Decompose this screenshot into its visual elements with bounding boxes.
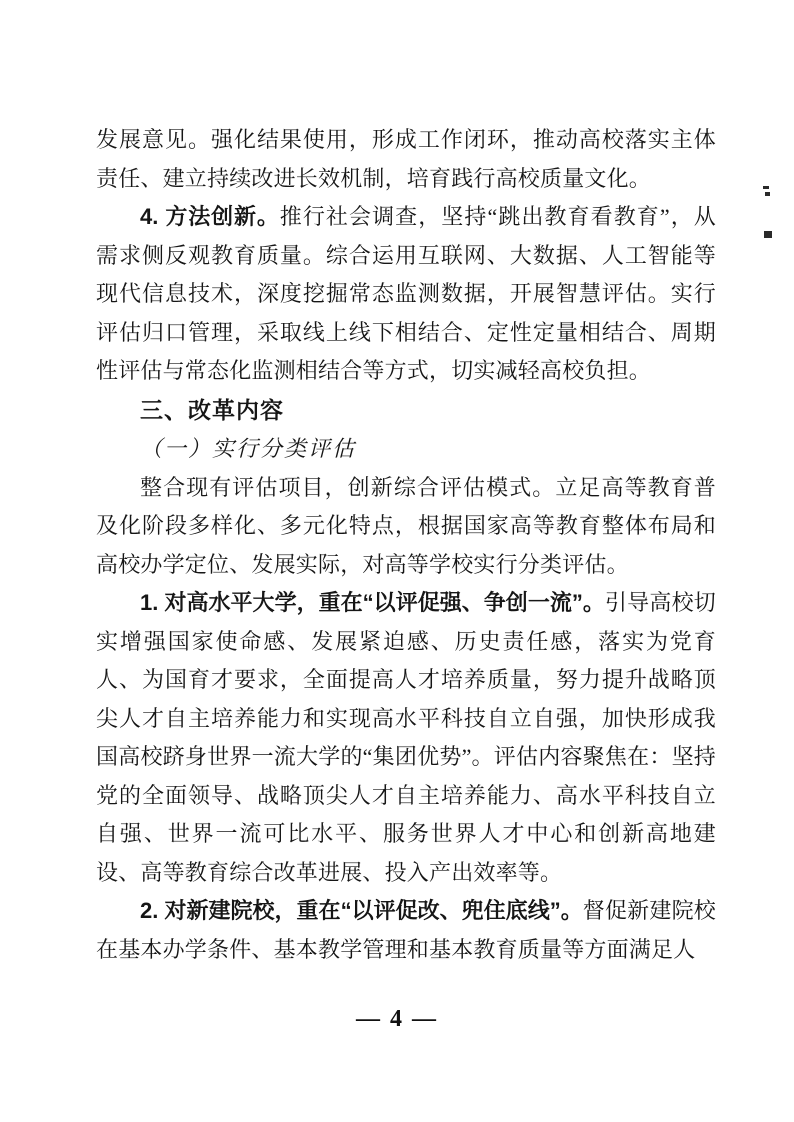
document-page: 发展意见。强化结果使用，形成工作闭环，推动高校落实主体责任、建立持续改进长效机制… bbox=[0, 0, 794, 1122]
text-segment-bold: 2. 对新建院校，重在“以评促改、兜住底线”。 bbox=[140, 898, 583, 923]
text-segment-normal: 整合现有评估项目，创新综合评估模式。立足高等教育普及化阶段多样化、多元化特点，根… bbox=[96, 475, 716, 577]
scan-artifact bbox=[763, 186, 769, 189]
paragraph: 发展意见。强化结果使用，形成工作闭环，推动高校落实主体责任、建立持续改进长效机制… bbox=[96, 121, 716, 198]
text-segment-normal: 推行社会调查，坚持“跳出教育看教育”，从需求侧反观教育质量。综合运用互联网、大数… bbox=[96, 204, 716, 383]
text-segment-bold: 4. 方法创新。 bbox=[140, 204, 280, 229]
paragraph: 4. 方法创新。推行社会调查，坚持“跳出教育看教育”，从需求侧反观教育质量。综合… bbox=[96, 198, 716, 391]
scan-artifact bbox=[765, 192, 770, 196]
text-segment-bold: 三、改革内容 bbox=[140, 397, 284, 423]
section-heading: 三、改革内容 bbox=[96, 391, 716, 431]
text-segment-bold: 1. 对高水平大学，重在“以评促强、争创一流”。 bbox=[140, 590, 605, 615]
text-segment-normal: 发展意见。强化结果使用，形成工作闭环，推动高校落实主体责任、建立持续改进长效机制… bbox=[96, 127, 716, 191]
page-number: — 4 — bbox=[0, 1006, 794, 1033]
text-segment-normal: 引导高校切实增强国家使命感、发展紧迫感、历史责任感，落实为党育人、为国育才要求，… bbox=[96, 590, 716, 885]
text-segment-kaiti: （一）实行分类评估 bbox=[140, 436, 356, 461]
document-body: 发展意见。强化结果使用，形成工作闭环，推动高校落实主体责任、建立持续改进长效机制… bbox=[96, 121, 716, 969]
paragraph: 整合现有评估项目，创新综合评估模式。立足高等教育普及化阶段多样化、多元化特点，根… bbox=[96, 469, 716, 585]
paragraph: 2. 对新建院校，重在“以评促改、兜住底线”。督促新建院校在基本办学条件、基本教… bbox=[96, 892, 716, 969]
scan-artifact bbox=[764, 231, 772, 238]
paragraph: 1. 对高水平大学，重在“以评促强、争创一流”。引导高校切实增强国家使命感、发展… bbox=[96, 584, 716, 892]
section-heading: （一）实行分类评估 bbox=[96, 430, 716, 469]
